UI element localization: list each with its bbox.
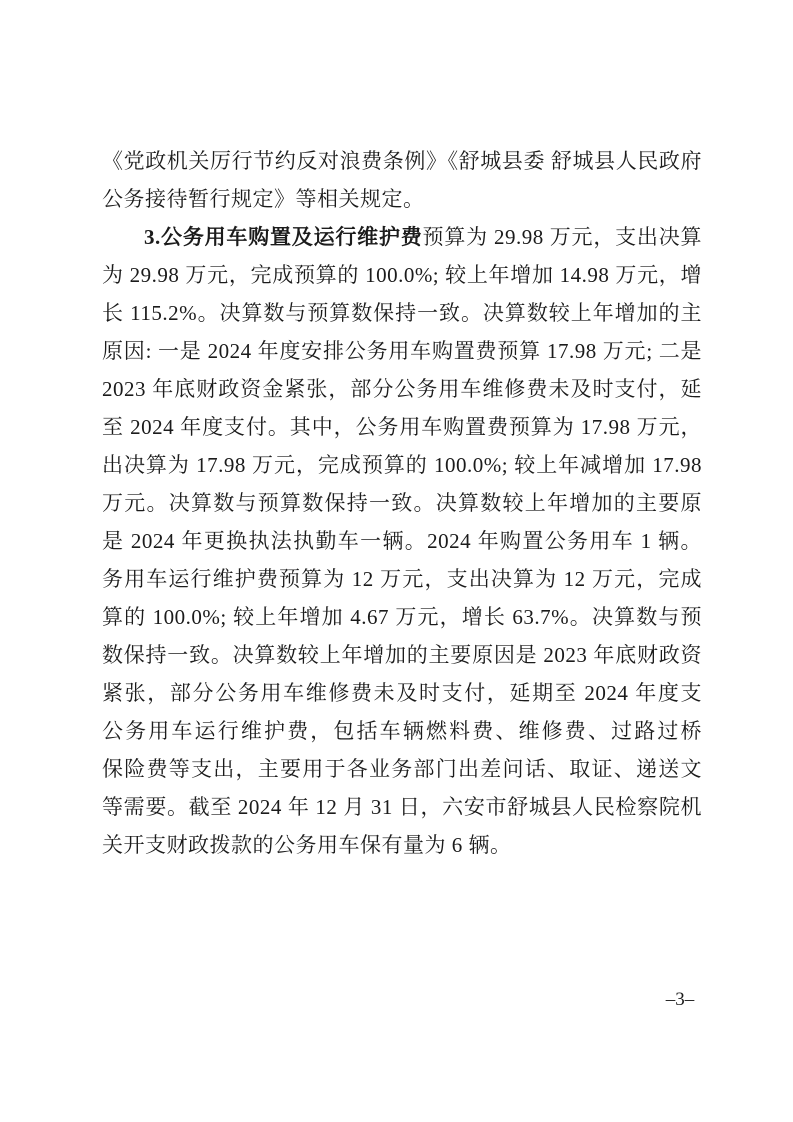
text-segment: 算的 100.0%; 较上年增加 4.67 万元，增长 63.7%。决算数与预算 [102, 605, 702, 636]
text-line: 公务用车运行维护费，包括车辆燃料费、维修费、过路过桥费、 [102, 712, 702, 750]
text-segment: 预算为 29.98 万元，支出决算 [423, 225, 702, 249]
text-line: 是 2024 年更换执法执勤车一辆。2024 年购置公务用车 1 辆。公 [102, 522, 702, 560]
text-line: 3.公务用车购置及运行维护费预算为 29.98 万元，支出决算 [102, 218, 702, 256]
text-line: 保险费等支出，主要用于各业务部门出差问话、取证、递送文书 [102, 750, 702, 788]
text-line: 数保持一致。决算数较上年增加的主要原因是 2023 年底财政资金 [102, 636, 702, 674]
text-segment: 万元。决算数与预算数保持一致。决算数较上年增加的主要原因 [102, 491, 702, 522]
page-number: –3– [650, 988, 710, 1012]
text-line: 2023 年底财政资金紧张，部分公务用车维修费未及时支付，延期 [102, 370, 702, 408]
text-segment: 等需要。截至 2024 年 12 月 31 日，六安市舒城县人民检察院机 [102, 795, 702, 819]
text-segment: 长 115.2%。决算数与预算数保持一致。决算数较上年增加的主要 [102, 301, 702, 332]
text-segment: 出决算为 17.98 万元，完成预算的 100.0%; 较上年减增加 17.98 [102, 453, 702, 477]
text-line: 关开支财政拨款的公务用车保有量为 6 辆。 [102, 826, 702, 864]
text-line: 等需要。截至 2024 年 12 月 31 日，六安市舒城县人民检察院机 [102, 788, 702, 826]
text-segment: 原因: 一是 2024 年度安排公务用车购置费预算 17.98 万元; 二是 [102, 339, 702, 363]
text-segment: 数保持一致。决算数较上年增加的主要原因是 2023 年底财政资金 [102, 643, 702, 674]
text-segment: 务用车运行维护费预算为 12 万元，支出决算为 12 万元，完成预 [102, 567, 702, 598]
document-body: 《党政机关厉行节约反对浪费条例》《舒城县委 舒城县人民政府公务接待暂行规定》等相… [102, 142, 702, 864]
text-line: 出决算为 17.98 万元，完成预算的 100.0%; 较上年减增加 17.98 [102, 446, 702, 484]
text-segment: 2023 年底财政资金紧张，部分公务用车维修费未及时支付，延期 [102, 377, 702, 408]
text-line: 紧张，部分公务用车维修费未及时支付，延期至 2024 年度支付。 [102, 674, 702, 712]
text-line: 至 2024 年度支付。其中，公务用车购置费预算为 17.98 万元，支 [102, 408, 702, 446]
text-segment: 至 2024 年度支付。其中，公务用车购置费预算为 17.98 万元，支 [102, 415, 702, 446]
text-line: 务用车运行维护费预算为 12 万元，支出决算为 12 万元，完成预 [102, 560, 702, 598]
text-line: 算的 100.0%; 较上年增加 4.67 万元，增长 63.7%。决算数与预算 [102, 598, 702, 636]
text-segment: 是 2024 年更换执法执勤车一辆。2024 年购置公务用车 1 辆。公 [102, 529, 702, 560]
text-segment: 紧张，部分公务用车维修费未及时支付，延期至 2024 年度支付。 [102, 681, 702, 712]
text-segment: 关开支财政拨款的公务用车保有量为 6 辆。 [102, 833, 512, 857]
text-line: 公务接待暂行规定》等相关规定。 [102, 180, 702, 218]
text-segment: 公务接待暂行规定》等相关规定。 [102, 187, 425, 211]
text-segment: 公务用车运行维护费，包括车辆燃料费、维修费、过路过桥费、 [102, 719, 702, 750]
text-segment: 《党政机关厉行节约反对浪费条例》《舒城县委 舒城县人民政府 [102, 149, 702, 173]
text-line: 原因: 一是 2024 年度安排公务用车购置费预算 17.98 万元; 二是 [102, 332, 702, 370]
paragraph-heading: 3.公务用车购置及运行维护费 [144, 225, 423, 249]
text-line: 《党政机关厉行节约反对浪费条例》《舒城县委 舒城县人民政府 [102, 142, 702, 180]
text-line: 万元。决算数与预算数保持一致。决算数较上年增加的主要原因 [102, 484, 702, 522]
document-page: 《党政机关厉行节约反对浪费条例》《舒城县委 舒城县人民政府公务接待暂行规定》等相… [0, 0, 793, 1122]
text-line: 长 115.2%。决算数与预算数保持一致。决算数较上年增加的主要 [102, 294, 702, 332]
text-line: 为 29.98 万元，完成预算的 100.0%; 较上年增加 14.98 万元，… [102, 256, 702, 294]
text-segment: 为 29.98 万元，完成预算的 100.0%; 较上年增加 14.98 万元，… [102, 263, 702, 287]
text-segment: 保险费等支出，主要用于各业务部门出差问话、取证、递送文书 [102, 757, 702, 788]
